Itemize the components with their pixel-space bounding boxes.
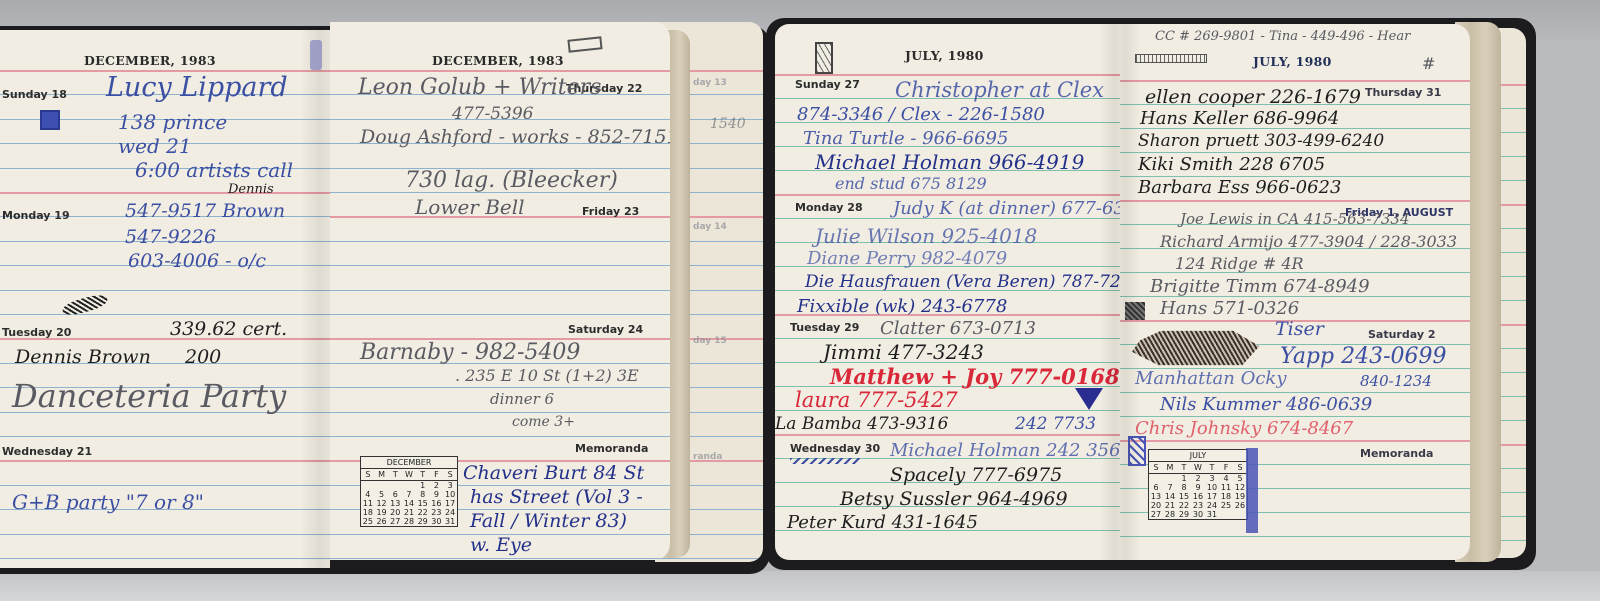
calendar-date: 25	[361, 517, 375, 526]
calendar-date: 6	[1149, 483, 1163, 492]
calendar-date: 30	[1191, 510, 1205, 519]
calendar-date: 1	[416, 481, 430, 491]
calendar-date: 3	[443, 481, 457, 491]
memo-entry: Chaveri Burt 84 St	[463, 464, 644, 483]
calendar-date: 6	[388, 490, 402, 499]
entry: Lucy Lippard	[106, 74, 288, 101]
spine-shadow	[1120, 24, 1140, 560]
calendar-date: 8	[1177, 483, 1191, 492]
entry: 339.62 cert.	[170, 320, 287, 339]
calendar-date: 12	[1233, 483, 1247, 492]
entry: Dennis	[228, 183, 274, 196]
day-label-tuesday-29: Tuesday 29	[790, 321, 859, 334]
diary-1980-left-page: JULY, 1980 Sunday 27 Christopher at Clex…	[775, 24, 1120, 560]
rule-line	[1120, 200, 1470, 202]
calendar-date: 5	[375, 490, 389, 499]
mini-calendar-december: DECEMBER SMTWTFS123456789101112131415161…	[360, 456, 458, 527]
memo-entry: has Street (Vol 3 -	[470, 488, 643, 507]
entry: 547-9226	[125, 228, 216, 247]
weekday-header: S	[1149, 462, 1163, 474]
entry: Richard Armijo 477-3904 / 228-3033	[1160, 234, 1457, 250]
entry: come 3+	[512, 415, 575, 429]
rule-line	[1120, 440, 1470, 442]
entry: end stud 675 8129	[835, 176, 987, 192]
rule-line	[775, 434, 1120, 436]
day-label-sunday-27: Sunday 27	[795, 78, 860, 91]
entry: Tina Turtle - 966-6695	[803, 130, 1008, 148]
mini-calendar-title: DECEMBER	[361, 457, 457, 469]
entry: Hans Keller 686-9964	[1140, 110, 1339, 128]
calendar-date: 29	[416, 517, 430, 526]
memoranda-label: Memoranda	[1360, 447, 1433, 460]
day-label-thursday-31: Thursday 31	[1365, 86, 1441, 99]
day-label-saturday-24: Saturday 24	[568, 323, 643, 336]
day-label-friday-23: Friday 23	[582, 205, 639, 218]
calendar-date: 10	[443, 490, 457, 499]
calendar-date: 17	[1205, 492, 1219, 501]
triangle-doodle-icon	[1075, 388, 1103, 410]
calendar-date: 20	[1149, 501, 1163, 510]
rule-line	[0, 314, 330, 315]
entry: 603-4006 - o/c	[128, 252, 266, 271]
day-label-wednesday-21: Wednesday 21	[2, 445, 92, 458]
weekday-header: M	[1163, 462, 1177, 474]
rule-line	[1120, 152, 1470, 153]
calendar-date: 19	[375, 508, 389, 517]
day-label-monday-19: Monday 19	[2, 209, 70, 222]
calendar-date: 7	[402, 490, 416, 499]
day-label-wednesday-30: Wednesday 30	[790, 442, 880, 455]
day-label-monday-28: Monday 28	[795, 201, 863, 214]
entry: 477-5396	[452, 106, 533, 123]
entry: 730 lag. (Bleecker)	[405, 170, 618, 192]
weekday-header: M	[375, 469, 389, 481]
entry: dinner 6	[490, 392, 554, 407]
diary-1980-right-page: CC # 269-9801 - Tina - 449-496 - Hear JU…	[1120, 24, 1470, 560]
calendar-date: 27	[388, 517, 402, 526]
weekday-header: F	[430, 469, 444, 481]
entry: Diane Perry 982-4079	[807, 250, 1007, 268]
calendar-date: 7	[1163, 483, 1177, 492]
day-label-tuesday-20: Tuesday 20	[2, 326, 71, 339]
calendar-date: 18	[361, 508, 375, 517]
rule-line	[0, 534, 330, 535]
rule-line	[1120, 536, 1470, 537]
entry: 242 7733	[1015, 416, 1096, 433]
entry: Leon Golub + Writers	[358, 77, 601, 99]
entry: Tiser	[1275, 320, 1324, 339]
entry: 200	[185, 348, 221, 367]
hatched-shape-doodle-icon	[1132, 329, 1262, 367]
calendar-date: 19	[1233, 492, 1247, 501]
weekday-header: T	[388, 469, 402, 481]
calendar-date	[1233, 510, 1247, 519]
weekday-header: S	[1233, 462, 1247, 474]
rule-line	[1120, 80, 1470, 82]
calendar-date: 1	[1177, 474, 1191, 484]
entry: Barnaby - 982-5409	[360, 342, 580, 364]
entry: Brigitte Timm 674-8949	[1150, 278, 1370, 296]
entry: 840-1234	[1360, 374, 1432, 389]
calendar-date: 8	[416, 490, 430, 499]
entry: Danceteria Party	[12, 380, 286, 412]
back-faint-entry: 1540	[710, 117, 746, 131]
weekday-header: T	[1205, 462, 1219, 474]
entry: Michael Holman 242 3560	[890, 442, 1120, 460]
rule-line	[330, 241, 670, 242]
entry: 124 Ridge # 4R	[1175, 256, 1304, 272]
entry: Die Hausfrauen (Vera Beren) 787-7289	[805, 274, 1120, 291]
entry: wed 21	[118, 136, 192, 156]
calendar-date: 11	[361, 499, 375, 508]
rule-line	[0, 436, 330, 437]
diary-1983-left-page: DECEMBER, 1983 Sunday 18 Lucy Lippard 13…	[0, 30, 330, 568]
entry: 138 prince	[118, 112, 227, 132]
calendar-date: 23	[1191, 501, 1205, 510]
calendar-date: 29	[1177, 510, 1191, 519]
calendar-date: 22	[416, 508, 430, 517]
spine-shadow	[300, 30, 330, 568]
stamp-doodle-icon	[40, 110, 60, 130]
rule-line	[330, 290, 670, 291]
calendar-date	[1163, 474, 1177, 484]
memo-entry: w. Eye	[470, 536, 532, 555]
calendar-date: 23	[430, 508, 444, 517]
calendar-date: 25	[1219, 501, 1233, 510]
calendar-date: 24	[1205, 501, 1219, 510]
calendar-date: 13	[1149, 492, 1163, 501]
hatched-bar-doodle-icon	[1135, 54, 1207, 63]
page-tab-marker	[310, 40, 322, 70]
entry: Manhattan Ocky	[1135, 370, 1287, 388]
rule-line	[330, 314, 670, 315]
entry: laura 777-5427	[795, 390, 958, 411]
hash-doodle: #	[1422, 56, 1435, 72]
calendar-date: 24	[443, 508, 457, 517]
weekday-header: S	[443, 469, 457, 481]
entry: Julie Wilson 925-4018	[815, 226, 1037, 246]
day-label-sunday-18: Sunday 18	[2, 88, 67, 101]
rule-line	[0, 460, 330, 462]
calendar-date: 15	[1177, 492, 1191, 501]
calendar-date: 26	[1233, 501, 1247, 510]
entry: G+B party "7 or 8"	[12, 492, 204, 512]
rule-line	[1120, 416, 1470, 417]
weekday-header: W	[402, 469, 416, 481]
entry: Hans 571-0326	[1160, 300, 1299, 318]
calendar-date: 16	[1191, 492, 1205, 501]
rule-line	[330, 558, 670, 559]
calendar-date: 31	[1205, 510, 1219, 519]
calendar-date: 21	[1163, 501, 1177, 510]
calendar-date: 28	[402, 517, 416, 526]
weekday-header: S	[361, 469, 375, 481]
memo-entry: Fall / Winter 83)	[470, 512, 627, 531]
calendar-date: 20	[388, 508, 402, 517]
mini-calendar-grid: SMTWTFS123456789101112131415161718192021…	[1149, 462, 1247, 519]
mini-calendar-july: JULY SMTWTFS1234567891011121314151617181…	[1148, 449, 1248, 520]
calendar-date	[402, 481, 416, 491]
calendar-date	[388, 481, 402, 491]
entry: Sharon pruett 303-499-6240	[1138, 133, 1384, 150]
zigzag-doodle-icon	[790, 458, 860, 464]
entry: ellen cooper 226-1679	[1145, 88, 1361, 107]
month-heading: DECEMBER, 1983	[432, 53, 564, 68]
calendar-date	[1149, 474, 1163, 484]
rule-line	[775, 194, 1120, 196]
calendar-date: 26	[375, 517, 389, 526]
entry: Matthew + Joy 777-0168	[830, 366, 1120, 387]
entry: La Bamba 473-9316	[775, 416, 948, 433]
mini-calendar-grid: SMTWTFS123456789101112131415161718192021…	[361, 469, 457, 526]
entry: Doug Ashford - works - 852-7151	[360, 128, 670, 147]
calendar-date: 21	[402, 508, 416, 517]
calendar-date	[1219, 510, 1233, 519]
calendar-date: 14	[1163, 492, 1177, 501]
weekday-header: W	[1191, 462, 1205, 474]
rule-line	[0, 192, 330, 194]
calendar-date: 22	[1177, 501, 1191, 510]
blue-bar-doodle-icon	[1246, 448, 1258, 533]
entry: Kiki Smith 228 6705	[1138, 156, 1325, 174]
entry: Barbara Ess 966-0623	[1138, 179, 1341, 197]
rule-line	[330, 436, 670, 437]
back-day-label: day 14	[693, 222, 727, 232]
weekday-header: T	[1177, 462, 1191, 474]
entry: 547-9517 Brown	[125, 202, 285, 221]
entry: Betsy Sussler 964-4969	[840, 490, 1068, 509]
calendar-date	[361, 481, 375, 491]
weekday-header: F	[1219, 462, 1233, 474]
back-day-label: day 15	[693, 336, 727, 346]
rule-line	[330, 70, 670, 72]
calendar-date: 18	[1219, 492, 1233, 501]
calendar-date: 17	[443, 499, 457, 508]
calendar-date: 16	[430, 499, 444, 508]
calendar-date: 30	[430, 517, 444, 526]
entry: Lower Bell	[415, 197, 525, 217]
hatched-doodle-icon	[61, 293, 109, 318]
day-label-saturday-2: Saturday 2	[1368, 328, 1435, 341]
entry: 6:00 artists call	[135, 160, 293, 180]
rule-line	[0, 558, 330, 559]
entry: Chris Johnsky 674-8467	[1135, 420, 1353, 438]
rectangle-doodle-icon	[567, 36, 602, 52]
mini-calendar-title: JULY	[1149, 450, 1247, 462]
calendar-date: 9	[430, 490, 444, 499]
entry: Clatter 673-0713	[880, 320, 1036, 338]
calendar-date: 2	[430, 481, 444, 491]
entry: Judy K (at dinner) 677-6385	[893, 200, 1120, 218]
entry: Christopher at Clex	[895, 80, 1104, 101]
entry: Spacely 777-6975	[890, 466, 1062, 485]
month-heading: JULY, 1980	[905, 48, 984, 63]
entry: . 235 E 10 St (1+2) 3E	[455, 368, 639, 384]
calendar-date: 4	[361, 490, 375, 499]
back-day-label: randa	[693, 452, 722, 462]
rule-line	[330, 265, 670, 266]
entry: Yapp 243-0699	[1280, 346, 1447, 368]
calendar-date: 11	[1219, 483, 1233, 492]
top-note: CC # 269-9801 - Tina - 449-496 - Hear	[1155, 30, 1410, 43]
rule-line	[775, 74, 1120, 76]
calendar-date: 28	[1163, 510, 1177, 519]
entry: Peter Kurd 431-1645	[787, 514, 978, 532]
entry: Jimmi 477-3243	[823, 342, 984, 362]
spine-shadow	[1100, 24, 1120, 560]
calendar-date: 10	[1205, 483, 1219, 492]
calendar-date: 13	[388, 499, 402, 508]
calendar-date	[375, 481, 389, 491]
calendar-date: 2	[1191, 474, 1205, 484]
calendar-date: 5	[1233, 474, 1247, 484]
entry: Michael Holman 966-4919	[815, 152, 1084, 172]
weekday-header: T	[416, 469, 430, 481]
rule-line	[330, 412, 670, 413]
calendar-date: 31	[443, 517, 457, 526]
calendar-date: 15	[416, 499, 430, 508]
entry: Joe Lewis in CA 415-563-7334	[1180, 212, 1410, 227]
crossed-box-doodle-icon	[815, 42, 833, 74]
entry: Dennis Brown	[15, 348, 151, 367]
calendar-date: 4	[1219, 474, 1233, 484]
calendar-date: 14	[402, 499, 416, 508]
memoranda-label: Memoranda	[575, 442, 648, 455]
diary-1983-right-page: DECEMBER, 1983 Thursday 22 Leon Golub + …	[330, 22, 670, 560]
calendar-date: 27	[1149, 510, 1163, 519]
scan-background-bottom	[0, 571, 1600, 601]
rule-line	[0, 485, 330, 486]
entry: 874-3346 / Clex - 226-1580	[797, 106, 1045, 124]
calendar-date: 3	[1205, 474, 1219, 484]
month-heading: JULY, 1980	[1253, 54, 1332, 69]
back-day-label: day 13	[693, 78, 727, 88]
entry: Fixxible (wk) 243-6778	[797, 298, 1007, 316]
rule-line	[330, 387, 670, 388]
rule-line	[0, 290, 330, 291]
entry: Nils Kummer 486-0639	[1160, 396, 1372, 414]
calendar-date: 12	[375, 499, 389, 508]
month-heading: DECEMBER, 1983	[84, 53, 216, 68]
rule-line	[1120, 392, 1470, 393]
rule-line	[655, 558, 763, 559]
calendar-date: 9	[1191, 483, 1205, 492]
